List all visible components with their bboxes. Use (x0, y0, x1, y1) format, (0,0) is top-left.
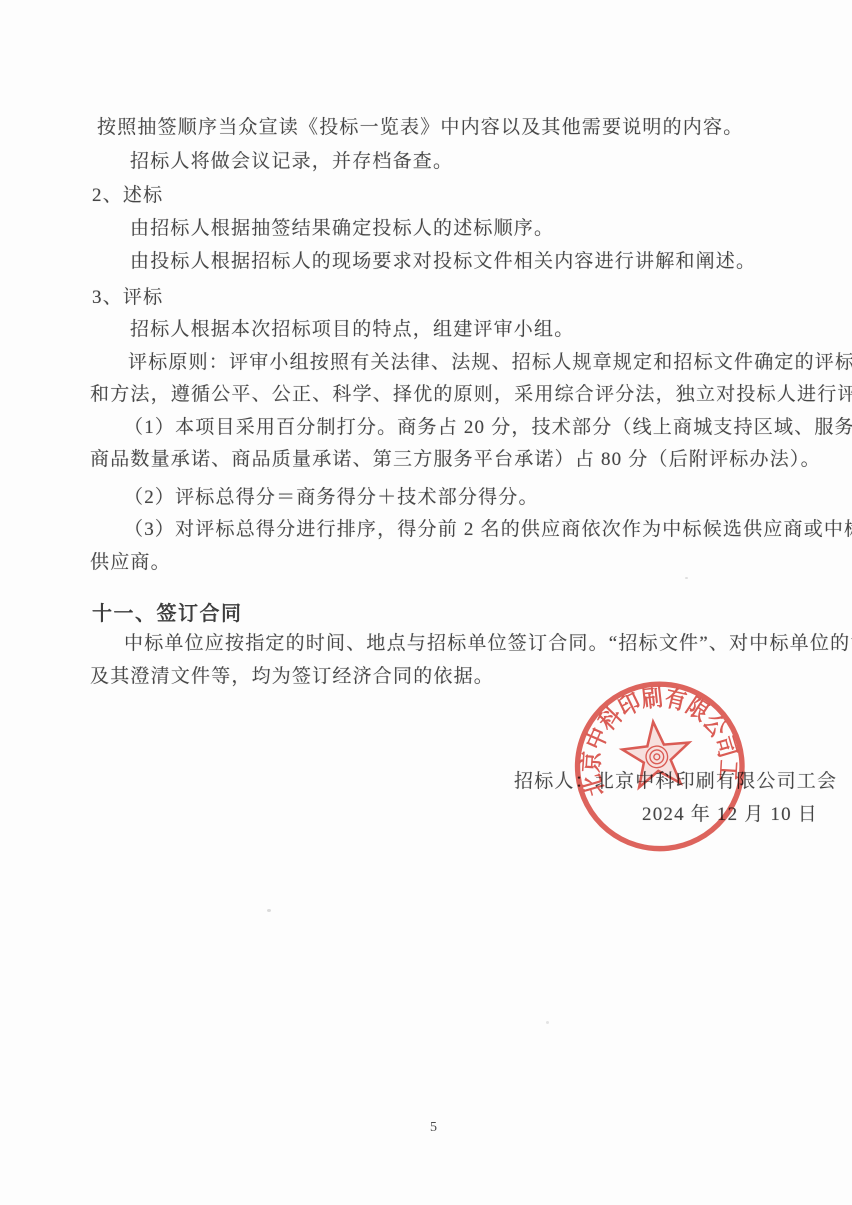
doc-line-item-2-shubiao: 2、述标 (92, 185, 163, 207)
scan-speck (546, 1021, 549, 1024)
doc-line: （2）评标总得分＝商务得分＋技术部分得分。 (124, 487, 539, 509)
doc-line: 和方法，遵循公平、公正、科学、择优的原则，采用综合评分法，独立对投标人进行评审。 (90, 384, 852, 406)
section-heading-sign-contract: 十一、签订合同 (92, 597, 243, 626)
doc-line: 按照抽签顺序当众宣读《投标一览表》中内容以及其他需要说明的内容。 (97, 117, 743, 139)
scan-speck (267, 909, 271, 912)
doc-line-item-3-pingbiao: 3、评标 (92, 287, 163, 309)
document-page: 按照抽签顺序当众宣读《投标一览表》中内容以及其他需要说明的内容。 招标人将做会议… (0, 0, 852, 1205)
doc-line: 商品数量承诺、商品质量承诺、第三方服务平台承诺）占 80 分（后附评标办法）。 (90, 449, 821, 471)
company-seal-stamp: 北京中科印刷有限公司工会 (561, 667, 765, 871)
doc-line: （1）本项目采用百分制打分。商务占 20 分，技术部分（线上商城支持区域、服务承… (124, 417, 852, 439)
doc-line: 由招标人根据抽签结果确定投标人的述标顺序。 (130, 218, 554, 240)
doc-line: 招标人将做会议记录，并存档备查。 (130, 151, 453, 173)
doc-line: 供应商。 (90, 552, 171, 574)
seal-star-icon (620, 718, 693, 788)
doc-line: 及其澄清文件等，均为签订经济合同的依据。 (90, 666, 494, 688)
doc-line: 由投标人根据招标人的现场要求对投标文件相关内容进行讲解和阐述。 (130, 251, 756, 273)
doc-line: 招标人根据本次招标项目的特点，组建评审小组。 (130, 319, 574, 341)
scan-speck (685, 577, 688, 579)
doc-line: 评标原则：评审小组按照有关法律、法规、招标人规章规定和招标文件确定的评标标准 (128, 352, 852, 374)
doc-line: （3）对评标总得分进行排序，得分前 2 名的供应商依次作为中标候选供应商或中标备… (124, 519, 852, 541)
page-number: 5 (430, 1120, 437, 1136)
doc-line: 中标单位应按指定的时间、地点与招标单位签订合同。“招标文件”、对中标单位的询标 (124, 633, 852, 655)
